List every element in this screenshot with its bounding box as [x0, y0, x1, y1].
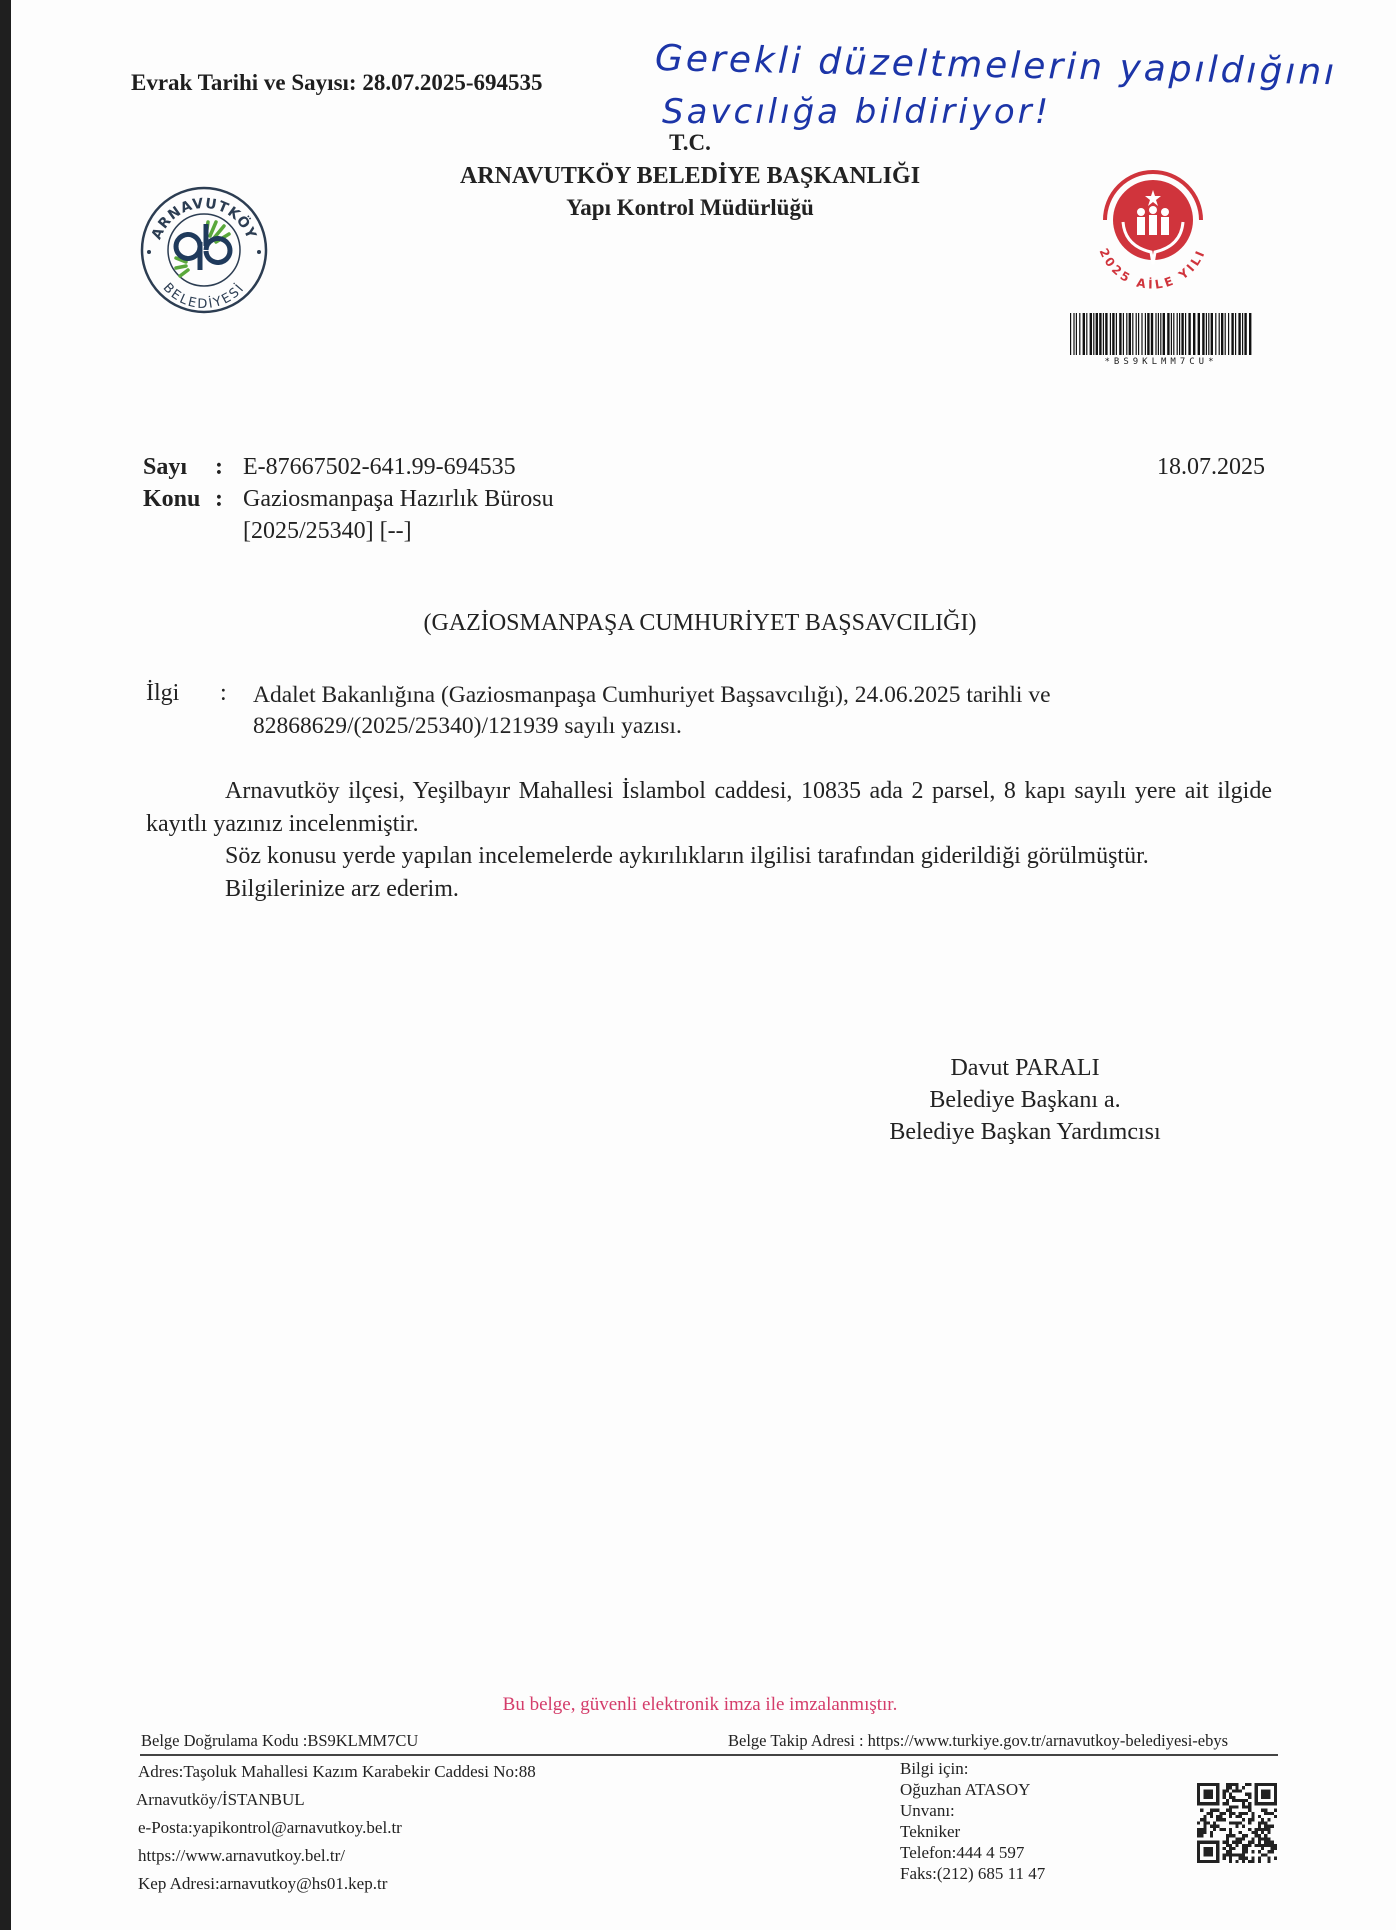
tc-heading: T.C.	[380, 130, 1000, 156]
ilgi-line2: 82868629/(2025/25340)/121939 sayılı yazı…	[253, 711, 1273, 742]
sayi-separator: :	[215, 454, 223, 481]
kep-address[interactable]: Kep Adresi:arnavutkoy@hs01.kep.tr	[138, 1870, 536, 1898]
handwritten-note-line1: Gerekli düzeltmelerin yapıldığını	[655, 38, 1338, 93]
footer-contact: Adres:Taşoluk Mahallesi Kazım Karabekir …	[138, 1758, 536, 1898]
verification-code: Belge Doğrulama Kodu :BS9KLMM7CU	[141, 1731, 418, 1751]
qr-code-icon	[1197, 1783, 1277, 1863]
footer-divider	[140, 1754, 1278, 1756]
municipality-logo-icon: ARNAVUTKÖY BELEDİYESİ	[136, 184, 272, 314]
konu-separator: :	[215, 486, 223, 513]
title-value: Tekniker	[900, 1821, 1045, 1842]
address-line1: Adres:Taşoluk Mahallesi Kazım Karabekir …	[138, 1758, 536, 1786]
organization-name: ARNAVUTKÖY BELEDİYE BAŞKANLIĞI	[380, 163, 1000, 190]
svg-text:BELEDİYESİ: BELEDİYESİ	[160, 280, 248, 312]
signature-block: Davut PARALI Belediye Başkanı a. Belediy…	[850, 1052, 1200, 1148]
addressee: (GAZİOSMANPAŞA CUMHURİYET BAŞSAVCILIĞI)	[320, 610, 1080, 637]
body-paragraph: Söz konusu yerde yapılan incelemelerde a…	[146, 840, 1272, 873]
sayi-label: Sayı	[143, 454, 187, 481]
footer-info: Bilgi için: Oğuzhan ATASOY Unvanı: Tekni…	[900, 1758, 1045, 1884]
family-year-emblem-icon: 2025 AİLE YILI	[1085, 160, 1220, 295]
konu-value-line2: [2025/25340] [--]	[243, 518, 412, 545]
signatory-title2: Belediye Başkan Yardımcısı	[850, 1116, 1200, 1148]
ilgi-line1: Adalet Bakanlığına (Gaziosmanpaşa Cumhur…	[253, 680, 1273, 711]
body-paragraph: Arnavutköy ilçesi, Yeşilbayır Mahallesi …	[146, 775, 1272, 840]
ilgi-reference: Adalet Bakanlığına (Gaziosmanpaşa Cumhur…	[253, 680, 1273, 742]
document-date: 18.07.2025	[1157, 454, 1265, 481]
esign-notice: Bu belge, güvenli elektronik imza ile im…	[300, 1694, 1100, 1716]
signatory-title1: Belediye Başkanı a.	[850, 1084, 1200, 1116]
barcode-caption: *BS9KLMM7CU*	[1068, 357, 1254, 367]
email-link[interactable]: e-Posta:yapikontrol@arnavutkoy.bel.tr	[138, 1814, 536, 1842]
info-label: Bilgi için:	[900, 1758, 1045, 1779]
title-label: Unvanı:	[900, 1800, 1045, 1821]
info-name: Oğuzhan ATASOY	[900, 1779, 1045, 1800]
konu-label: Konu	[143, 486, 200, 513]
tracking-address[interactable]: Belge Takip Adresi : https://www.turkiye…	[728, 1731, 1228, 1751]
address-line2: Arnavutköy/İSTANBUL	[136, 1786, 536, 1814]
department-name: Yapı Kontrol Müdürlüğü	[380, 195, 1000, 221]
konu-value-line1: Gaziosmanpaşa Hazırlık Bürosu	[243, 486, 554, 513]
ilgi-separator: :	[220, 680, 227, 707]
phone: Telefon:444 4 597	[900, 1842, 1045, 1863]
website-link[interactable]: https://www.arnavutkoy.bel.tr/	[138, 1842, 536, 1870]
document-barcode	[1068, 313, 1254, 355]
body-paragraph: Bilgilerinize arz ederim.	[146, 873, 1272, 906]
left-edge-strip	[0, 0, 11, 1930]
sayi-value: E-87667502-641.99-694535	[243, 454, 516, 481]
ilgi-label: İlgi	[146, 680, 179, 707]
signatory-name: Davut PARALI	[850, 1052, 1200, 1084]
document-date-number: Evrak Tarihi ve Sayısı: 28.07.2025-69453…	[131, 70, 542, 96]
handwritten-note-line2: Savcılığa bildiriyor!	[662, 92, 1051, 132]
letter-body: Arnavutköy ilçesi, Yeşilbayır Mahallesi …	[146, 775, 1272, 905]
fax: Faks:(212) 685 11 47	[900, 1863, 1045, 1884]
